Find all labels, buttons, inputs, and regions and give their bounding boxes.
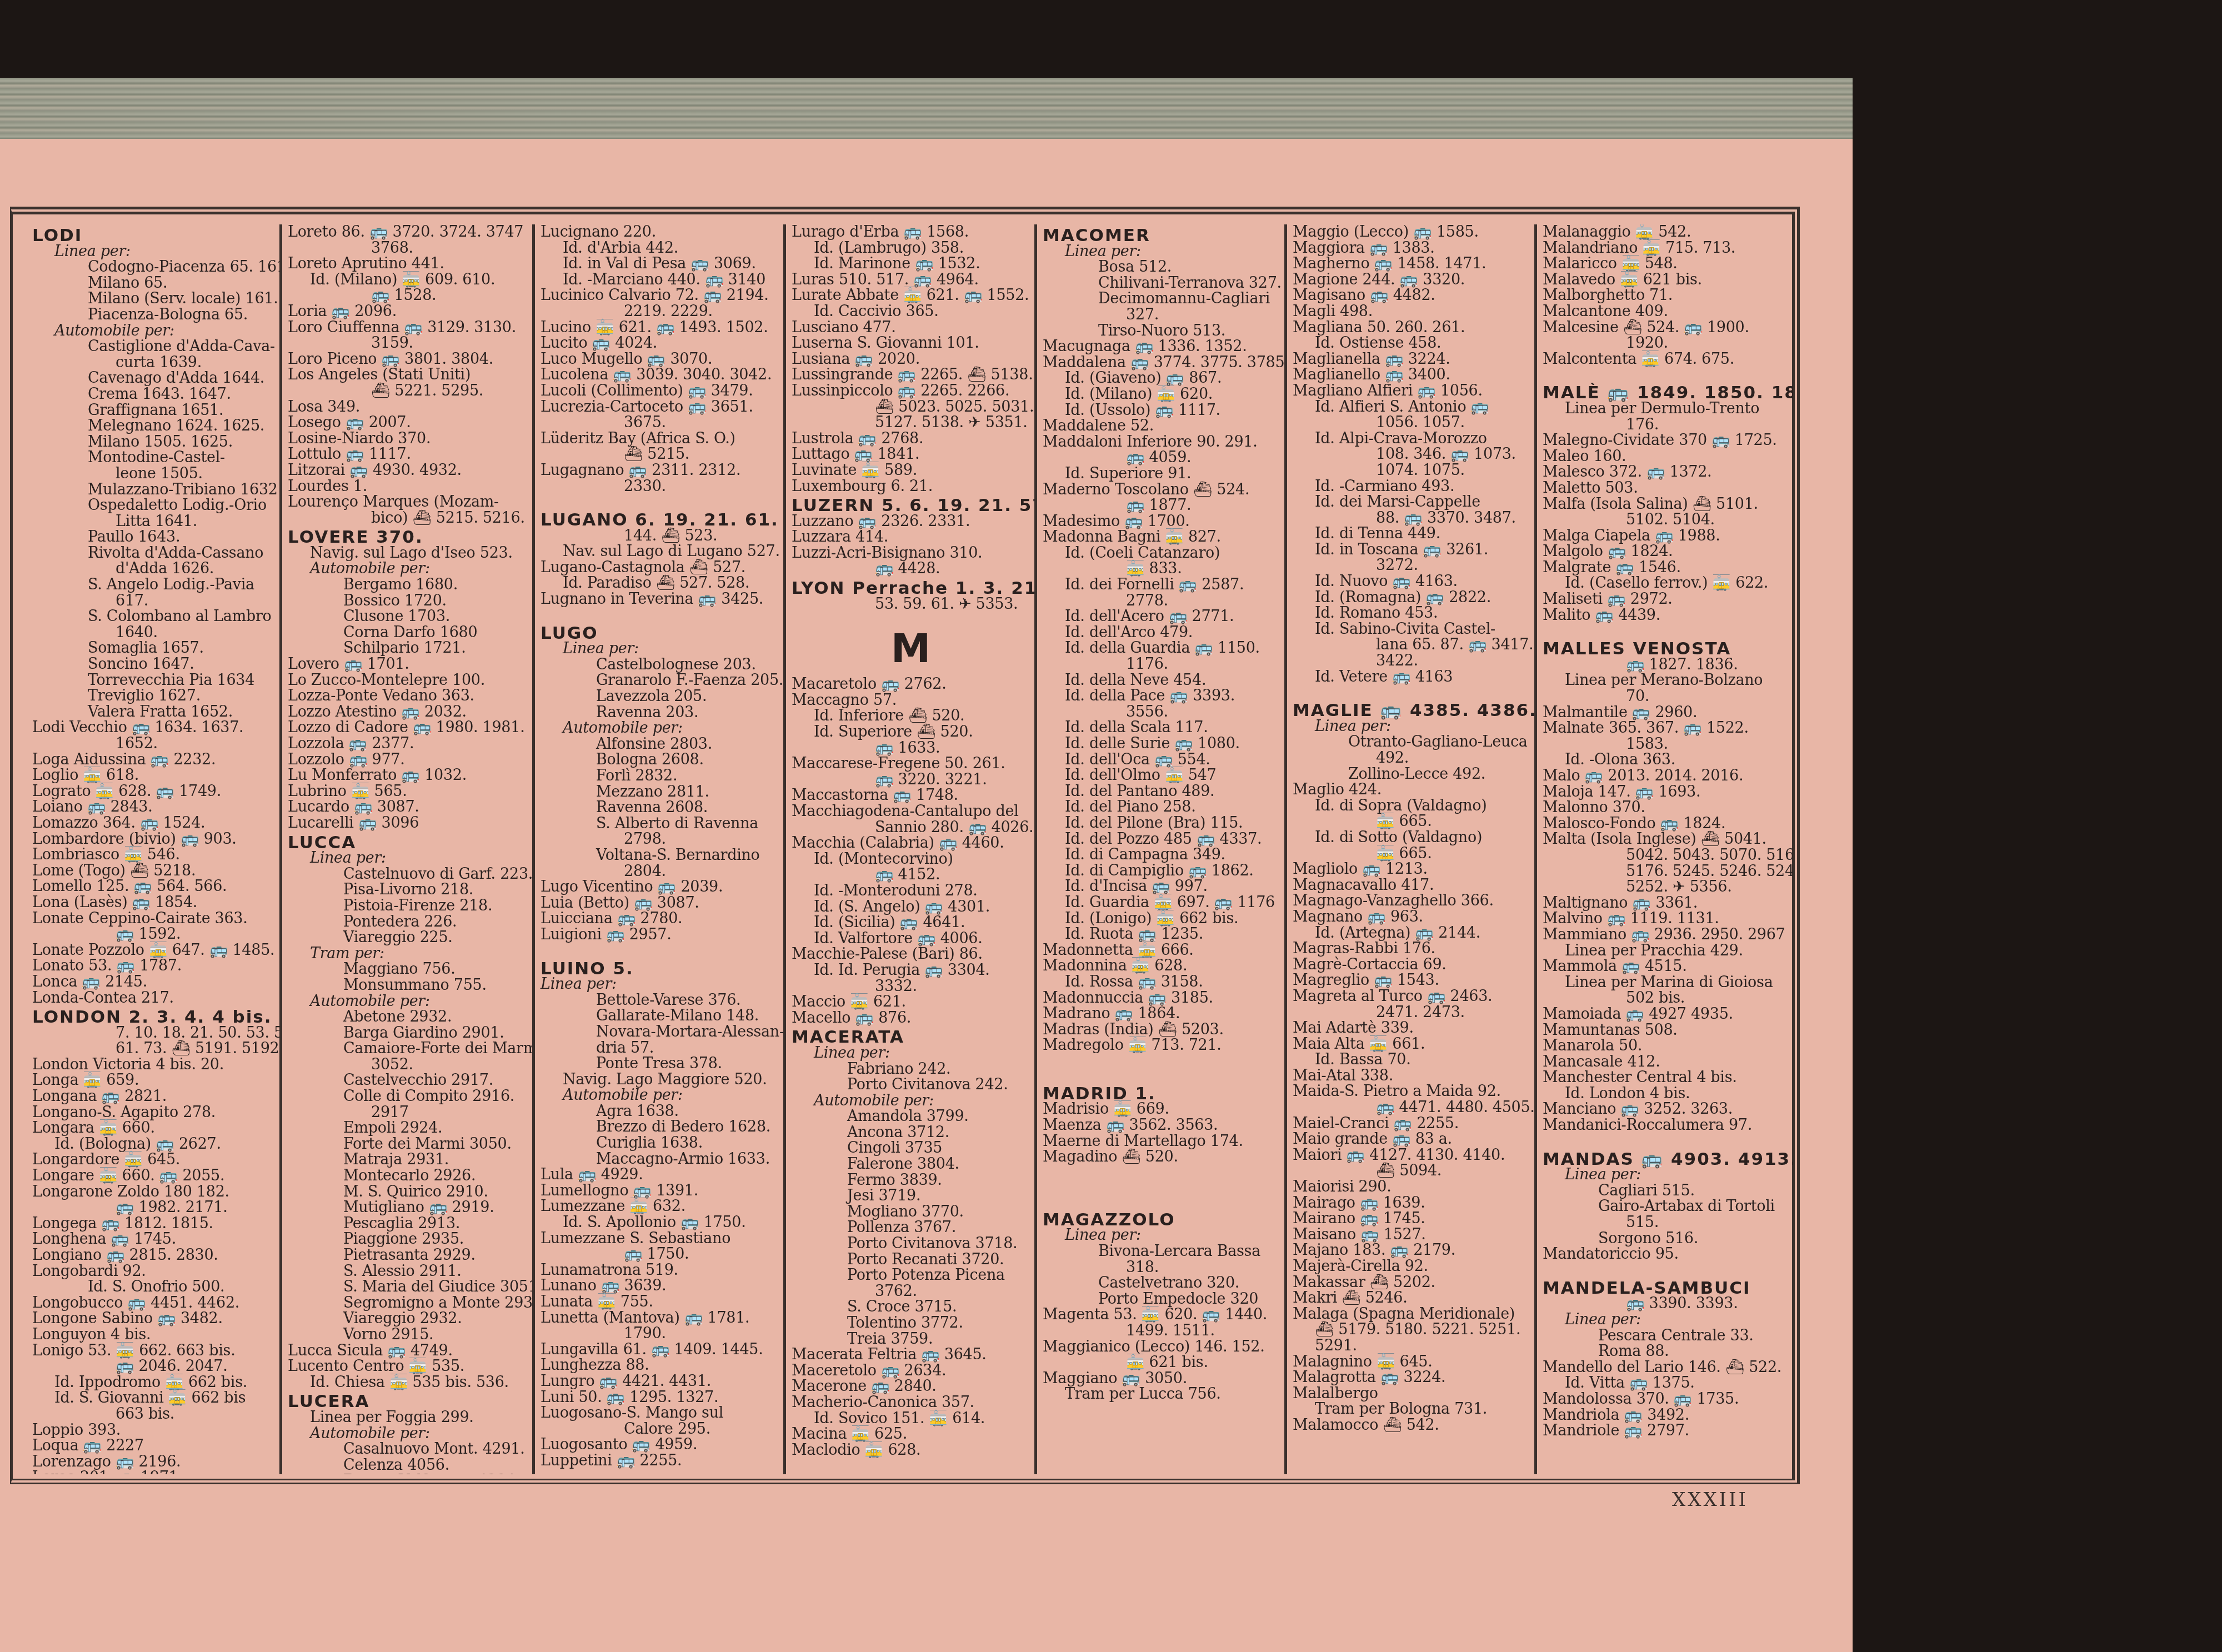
index-entry: Macerata Feltria 🚌 3645. bbox=[792, 1347, 1030, 1363]
spacer bbox=[1293, 685, 1530, 699]
index-subentry: S. Angelo Lodig.-Pavia bbox=[32, 577, 275, 593]
index-entry: Majano 183. 🚌 2179. bbox=[1293, 1243, 1530, 1259]
index-subentry: Id. di Tenna 449. bbox=[1293, 526, 1530, 542]
index-subentry: Porto Civitanova 3718. bbox=[792, 1236, 1030, 1252]
index-subentry: Id. London 4 bis. bbox=[1543, 1086, 1789, 1102]
index-subentry: Navig. sul Lago d'Iseo 523. bbox=[288, 545, 528, 562]
index-entry: Manciano 🚌 3252. 3263. bbox=[1543, 1102, 1789, 1118]
index-entry: Lozza-Ponte Vedano 363. bbox=[288, 688, 528, 704]
index-entry: Maddaloni Inferiore 90. 291. bbox=[1043, 434, 1280, 450]
index-entry: Mairano 🚌 1745. bbox=[1293, 1211, 1530, 1227]
station-heading: LUCCA bbox=[288, 835, 528, 851]
index-entry: Malavedo 🚋 621 bis. bbox=[1543, 272, 1789, 288]
index-subentry: 1790. bbox=[541, 1326, 779, 1342]
index-subentry: 🚋 665. bbox=[1293, 814, 1530, 830]
index-subentry: Id. (Milano) 🚋 609. 610. bbox=[288, 272, 528, 288]
index-entry: Lumezzane 🚋 632. bbox=[541, 1199, 779, 1215]
index-subentry: Linea per: bbox=[288, 850, 528, 867]
spacer bbox=[541, 943, 779, 958]
index-subentry: Otranto-Gagliano-Leuca bbox=[1293, 734, 1530, 750]
index-entry: Magreta al Turco 🚌 2463. bbox=[1293, 989, 1530, 1005]
index-entry: Lula 🚌 4929. bbox=[541, 1167, 779, 1183]
index-entry: Maliseti 🚌 2972. bbox=[1543, 592, 1789, 608]
index-subentry: Bergamo 1680. bbox=[288, 577, 528, 593]
spacer bbox=[1543, 1134, 1789, 1148]
index-subentry: Litta 1641. bbox=[32, 514, 275, 530]
index-entry: Loro Ciuffenna 🚌 3129. 3130. bbox=[288, 320, 528, 336]
index-subentry: Id. Rossa 🚌 3158. bbox=[1043, 974, 1280, 990]
index-entry: Lurate Abbate 🚋 621. 🚌 1552. bbox=[792, 288, 1030, 304]
index-subentry: 5176. 5245. 5246. 5247. bbox=[1543, 864, 1789, 880]
index-entry: Lonca 🚌 2145. bbox=[32, 974, 275, 990]
station-heading: LUGO bbox=[541, 625, 779, 642]
index-entry: Magnano 🚌 963. bbox=[1293, 909, 1530, 925]
index-subentry: 5291. bbox=[1293, 1338, 1530, 1354]
index-subentry: 5042. 5043. 5070. 5161. bbox=[1543, 848, 1789, 864]
index-subentry: Segromigno a Monte 2933. bbox=[288, 1295, 528, 1311]
index-subentry: Castelnuovo di Garf. 223. bbox=[288, 867, 528, 883]
index-entry: Mammola 🚌 4515. bbox=[1543, 959, 1789, 975]
index-subentry: 5127. 5138. ✈ 5351. bbox=[792, 415, 1030, 431]
index-subentry: Id. (Montecorvino) bbox=[792, 852, 1030, 868]
index-entry: Magnago-Vanzaghello 366. bbox=[1293, 893, 1530, 909]
index-subentry: Id. -Olona 363. bbox=[1543, 752, 1789, 768]
index-entry: Losego 🚌 2007. bbox=[288, 415, 528, 431]
index-entry: Lugano-Castagnola ⛴ 527. bbox=[541, 560, 779, 576]
index-subentry: Id. -Marciano 440. 🚌 3140 bbox=[541, 272, 779, 288]
index-entry: Macaretolo 🚌 2762. bbox=[792, 677, 1030, 693]
index-subentry: Bologna 2608. bbox=[541, 752, 779, 768]
index-subentry: Porto Recanati 3720. bbox=[792, 1252, 1030, 1268]
index-subentry: ⛴ 5221. 5295. bbox=[288, 383, 528, 399]
index-entry: Mandolossa 370. 🚌 1735. bbox=[1543, 1391, 1789, 1408]
station-heading: MADRID 1. bbox=[1043, 1086, 1280, 1102]
index-subentry: Id. del Piano 258. bbox=[1043, 799, 1280, 815]
index-subentry: Mezzano 2811. bbox=[541, 784, 779, 800]
index-subentry: Falerone 3804. bbox=[792, 1157, 1030, 1173]
index-subentry: Id. del Pantano 489. bbox=[1043, 784, 1280, 800]
index-subentry: S. Croce 3715. bbox=[792, 1299, 1030, 1315]
index-entry: Lucino 🚋 621. 🚌 1493. 1502. bbox=[541, 320, 779, 336]
index-subentry: Id. di Campagna 349. bbox=[1043, 847, 1280, 863]
station-heading: MAGLIE 🚌 4385. 4386. bbox=[1293, 703, 1530, 719]
index-entry: Madrisio 🚋 669. bbox=[1043, 1102, 1280, 1118]
index-entry: Lozzola 🚌 2377. bbox=[288, 736, 528, 752]
index-subentry: Fermo 3839. bbox=[792, 1173, 1030, 1189]
index-subentry: 1583. bbox=[1543, 737, 1789, 753]
index-subentry: 318. bbox=[1043, 1260, 1280, 1276]
station-heading: MANDAS 🚌 4903. 4913. bbox=[1543, 1152, 1789, 1168]
index-subentry: Forte dei Marmi 3050. bbox=[288, 1137, 528, 1153]
index-entry: Lomello 125. 🚌 564. 566. bbox=[32, 879, 275, 895]
index-subentry: Automobile per: bbox=[792, 1093, 1030, 1109]
spacer bbox=[1543, 367, 1789, 382]
index-subentry: Id. Inferiore ⛴ 520. bbox=[792, 708, 1030, 724]
index-entry: Maerne di Martellago 174. bbox=[1043, 1134, 1280, 1150]
index-subentry: Gairo-Artabax di Tortoli bbox=[1543, 1199, 1789, 1215]
index-subentry: S. Alessio 2911. bbox=[288, 1264, 528, 1280]
index-subentry: Id. dell'Arco 479. bbox=[1043, 625, 1280, 641]
index-entry: Longega 🚌 1812. 1815. bbox=[32, 1216, 275, 1232]
index-entry: Lucardo 🚌 3087. bbox=[288, 799, 528, 815]
index-entry: Loiano 🚌 2843. bbox=[32, 799, 275, 815]
index-subentry: Curiglia 1638. bbox=[541, 1135, 779, 1152]
index-entry: Lozzo Atestino 🚌 2032. bbox=[288, 704, 528, 720]
index-subentry: Id. Alfieri S. Antonio 🚌 bbox=[1293, 399, 1530, 415]
index-entry: Macchie-Palese (Bari) 86. bbox=[792, 947, 1030, 963]
index-subentry: Colle di Compito 2916. bbox=[288, 1089, 528, 1105]
index-subentry: Pistoia-Firenze 218. bbox=[288, 898, 528, 914]
index-entry: Magli 498. bbox=[1293, 304, 1530, 320]
spacer bbox=[1043, 1054, 1280, 1068]
index-column-1: LODILinea per:Codogno-Piacenza 65. 161Mi… bbox=[27, 224, 282, 1474]
index-subentry: Valera Fratta 1652. bbox=[32, 704, 275, 720]
index-entry: Madregolo 🚋 713. 721. bbox=[1043, 1038, 1280, 1054]
index-entry: Longara 🚋 660. bbox=[32, 1120, 275, 1137]
index-subentry: 🚌 1633. bbox=[792, 740, 1030, 757]
index-subentry: Porto Civitanova 242. bbox=[792, 1077, 1030, 1093]
index-entry: Madonnina 🚋 628. bbox=[1043, 958, 1280, 974]
index-subentry: Id. Romano 453. bbox=[1293, 605, 1530, 622]
index-subentry: Id. (Sicilia) 🚌 4641. bbox=[792, 915, 1030, 931]
index-entry: Mai Adartè 339. bbox=[1293, 1020, 1530, 1037]
index-entry: Madonnetta 🚋 666. bbox=[1043, 943, 1280, 959]
index-entry: Magras-Rabbi 176. bbox=[1293, 941, 1530, 957]
index-entry: Malito 🚌 4439. bbox=[1543, 608, 1789, 624]
index-subentry: Id. Chiesa 🚋 535 bis. 536. bbox=[288, 1375, 528, 1391]
index-entry: Loppio 393. bbox=[32, 1423, 275, 1439]
index-entry: Maletto 503. bbox=[1543, 480, 1789, 497]
index-subentry: 3675. bbox=[541, 415, 779, 431]
index-subentry: Id. Superiore ⛴ 520. bbox=[792, 724, 1030, 740]
index-entry: Longarone Zoldo 180 182. bbox=[32, 1184, 275, 1200]
index-subentry: Sorgono 516. bbox=[1543, 1231, 1789, 1247]
index-entry: Lugagnano 🚌 2311. 2312. bbox=[541, 463, 779, 479]
index-entry: Londa-Contea 217. bbox=[32, 990, 275, 1007]
index-entry: Litzorai 🚌 4930. 4932. bbox=[288, 463, 528, 479]
index-entry: Lustrola 🚌 2768. bbox=[792, 431, 1030, 447]
index-subentry: Corna Darfo 1680 bbox=[288, 625, 528, 641]
index-subentry: 🚋 833. bbox=[1043, 561, 1280, 577]
index-entry: Maddalena 🚌 3774. 3775. 3785. bbox=[1043, 355, 1280, 371]
index-entry: Maleo 160. bbox=[1543, 449, 1789, 465]
index-subentry: Pescara Centrale 33. bbox=[1543, 1328, 1789, 1344]
index-entry: Maggianico (Lecco) 146. 152. bbox=[1043, 1339, 1280, 1355]
index-subentry: 🚌 4152. bbox=[792, 867, 1030, 883]
index-subentry: 2804. bbox=[541, 864, 779, 880]
index-subentry: Agra 1638. bbox=[541, 1104, 779, 1120]
index-subentry: Granarolo F.-Faenza 205. bbox=[541, 673, 779, 689]
index-entry: Longobardi 92. bbox=[32, 1264, 275, 1280]
index-subentry: Abetone 2932. bbox=[288, 1009, 528, 1025]
index-entry: Maisano 🚌 1527. bbox=[1293, 1227, 1530, 1243]
index-subentry: Castelvecchio 2917. bbox=[288, 1073, 528, 1089]
index-subentry: Id. (Milano) 🚋 620. bbox=[1043, 387, 1280, 403]
index-subentry: Casalnuovo Mont. 4291. bbox=[288, 1441, 528, 1458]
index-subentry: 1652. bbox=[32, 736, 275, 752]
index-entry: Longhena 🚌 1745. bbox=[32, 1232, 275, 1248]
index-subentry: Castelvetrano 320. bbox=[1043, 1275, 1280, 1291]
index-entry: Luzzi-Acri-Bisignano 310. bbox=[792, 545, 1030, 562]
index-subentry: Linea per: bbox=[792, 1045, 1030, 1062]
index-subentry: Soncino 1647. bbox=[32, 657, 275, 673]
index-entry: Maio grande 🚌 83 a. bbox=[1293, 1132, 1530, 1148]
index-entry: Lucito 🚌 4024. bbox=[541, 336, 779, 352]
index-subentry: Id. in Val di Pesa 🚌 3069. bbox=[541, 256, 779, 272]
index-column-3: Lucignano 220.Id. d'Arbia 442.Id. in Val… bbox=[535, 224, 786, 1474]
spacer bbox=[1043, 1068, 1280, 1083]
index-subentry: Ponte Tresa 378. bbox=[541, 1056, 779, 1072]
index-subentry: Id. Ostiense 458. bbox=[1293, 336, 1530, 352]
index-subentry: Torrevecchia Pia 1634 bbox=[32, 673, 275, 689]
index-entry: Lucignano 220. bbox=[541, 224, 779, 241]
index-subentry: Id. dell'Olmo 🚋 547 bbox=[1043, 768, 1280, 784]
background-shadow bbox=[1853, 78, 2222, 1652]
index-entry: Magreglio 🚌 1543. bbox=[1293, 973, 1530, 989]
index-entry: Mancasale 412. bbox=[1543, 1054, 1789, 1070]
index-entry: Malaricco 🚋 548. bbox=[1543, 256, 1789, 272]
index-subentry: Ravenna 2608. bbox=[541, 800, 779, 816]
index-entry: Lonate Ceppino-Cairate 363. bbox=[32, 911, 275, 927]
station-heading: LUINO 5. bbox=[541, 961, 779, 977]
index-entry: Malesco 372. 🚌 1372. bbox=[1543, 464, 1789, 480]
index-entry: Loreo 201. 🚌 1971. bbox=[32, 1470, 275, 1474]
index-entry: Malanaggio 🚋 542. bbox=[1543, 224, 1789, 241]
index-entry: Longone Sabino 🚌 3482. bbox=[32, 1311, 275, 1327]
station-heading: LONDON 2. 3. 4. 4 bis. 5. 6. bbox=[32, 1009, 275, 1025]
index-entry: Madonnuccia 🚌 3185. bbox=[1043, 990, 1280, 1007]
index-subentry: Id. Caccivio 365. bbox=[792, 304, 1030, 320]
station-heading: MACOMER bbox=[1043, 228, 1280, 244]
index-entry: Lussingrande 🚌 2265. ⛴ 5138. bbox=[792, 367, 1030, 383]
index-entry: Longiano 🚌 2815. 2830. bbox=[32, 1248, 275, 1264]
index-entry: Longobucco 🚌 4451. 4462. bbox=[32, 1295, 275, 1311]
index-subentry: 1640. bbox=[32, 625, 275, 641]
index-entry: Maiorisi 290. bbox=[1293, 1179, 1530, 1195]
index-subentry: Automobile per: bbox=[288, 994, 528, 1010]
index-entry: Mamoiada 🚌 4927 4935. bbox=[1543, 1007, 1789, 1023]
index-entry: Magenta 53. 🚋 620. 🚌 1440. bbox=[1043, 1307, 1280, 1323]
index-entry: Lucento Centro 🚋 535. bbox=[288, 1359, 528, 1375]
index-subentry: S. Maria del Giudice 3051. bbox=[288, 1279, 528, 1295]
index-entry: Luogosano-S. Mango sul bbox=[541, 1405, 779, 1421]
index-entry: Malalbergo bbox=[1293, 1386, 1530, 1402]
index-subentry: 61. 73. ⛴ 5191. 5192. bbox=[32, 1041, 275, 1057]
index-entry: Loqua 🚌 2227 bbox=[32, 1438, 275, 1454]
index-entry: Maida-S. Pietro a Maida 92. bbox=[1293, 1084, 1530, 1100]
index-entry: Magliana 50. 260. 261. bbox=[1293, 320, 1530, 336]
index-subentry: 🚌 3220. 3221. bbox=[792, 772, 1030, 788]
index-subentry: 🚌 4059. bbox=[1043, 450, 1280, 466]
index-subentry: Alfonsine 2803. bbox=[541, 737, 779, 753]
index-subentry: 1920. bbox=[1543, 336, 1789, 352]
index-subentry: Porto Empedocle 320 bbox=[1043, 1291, 1280, 1308]
index-subentry: Id. dell'Acero 🚌 2771. bbox=[1043, 609, 1280, 625]
index-subentry: Id. del Pilone (Bra) 115. bbox=[1043, 815, 1280, 832]
index-entry: Lu Monferrato 🚌 1032. bbox=[288, 768, 528, 784]
index-subentry: 2471. 2473. bbox=[1293, 1005, 1530, 1021]
index-subentry: Brezzo di Bedero 1628. bbox=[541, 1119, 779, 1135]
index-entry: Lunghezza 88. bbox=[541, 1358, 779, 1374]
index-subentry: 53. 59. 61. ✈ 5353. bbox=[792, 597, 1030, 613]
index-subentry: Bivona-Lercara Bassa bbox=[1043, 1244, 1280, 1260]
index-subentry: Clusone 1703. bbox=[288, 609, 528, 625]
index-subentry: 617. bbox=[32, 593, 275, 609]
index-subentry: 🚌 4428. bbox=[792, 561, 1030, 577]
index-subentry: Id. della Scala 117. bbox=[1043, 720, 1280, 736]
index-subentry: Empoli 2924. bbox=[288, 1120, 528, 1137]
index-subentry: Id. Nuovo 🚌 4163. bbox=[1293, 574, 1530, 590]
index-subentry: Cavenago d'Adda 1644. bbox=[32, 371, 275, 387]
station-heading: LUGANO 6. 19. 21. 61. bbox=[541, 512, 779, 528]
index-subentry: Montecarlo 2926. bbox=[288, 1168, 528, 1184]
station-heading: LODI bbox=[32, 228, 275, 244]
index-subentry: 🚌 1528. bbox=[288, 288, 528, 304]
index-entry: Luxembourg 6. 21. bbox=[792, 479, 1030, 495]
index-entry: Magliolo 🚌 1213. bbox=[1293, 862, 1530, 878]
index-entry: Loglio 🚋 618. bbox=[32, 768, 275, 784]
index-subentry: Id. di Campiglio 🚌 1862. bbox=[1043, 863, 1280, 879]
station-heading: MALÈ 🚌 1849. 1850. 1865. bbox=[1543, 385, 1789, 401]
index-entry: Lottulo 🚌 1117. bbox=[288, 447, 528, 463]
index-entry: Longa 🚋 659. bbox=[32, 1073, 275, 1089]
index-subentry: 70. bbox=[1543, 689, 1789, 705]
index-subentry: Id. della Neve 454. bbox=[1043, 673, 1280, 689]
index-entry: Maenza 🚌 3562. 3563. bbox=[1043, 1118, 1280, 1134]
index-entry: Lunetta (Mantova) 🚌 1781. bbox=[541, 1310, 779, 1326]
index-entry: Lodi Vecchio 🚌 1634. 1637. bbox=[32, 720, 275, 736]
index-entry: Lucinico Calvario 72. 🚌 2194. bbox=[541, 288, 779, 304]
index-entry: Lucca Sicula 🚌 4749. bbox=[288, 1343, 528, 1359]
index-subentry: Linea per: bbox=[541, 641, 779, 657]
index-subentry: Mogliano 3770. bbox=[792, 1204, 1030, 1220]
index-entry: Luzzara 414. bbox=[792, 529, 1030, 545]
index-subentry: 88. 🚌 3370. 3487. bbox=[1293, 510, 1530, 527]
spacer bbox=[1043, 1194, 1280, 1209]
index-subentry: Id. Valfortore 🚌 4006. bbox=[792, 931, 1030, 947]
index-subentry: Fabriano 242. bbox=[792, 1062, 1030, 1078]
index-subentry: Linea per: bbox=[1543, 1312, 1789, 1328]
index-entry: Lungro 🚌 4421. 4431. bbox=[541, 1374, 779, 1390]
index-subentry: Id. (Bologna) 🚌 2627. bbox=[32, 1137, 275, 1153]
index-subentry: Voltana-S. Bernardino bbox=[541, 848, 779, 864]
index-subentry: M. S. Quirico 2910. bbox=[288, 1184, 528, 1200]
spacer bbox=[1543, 623, 1789, 638]
index-subentry: ⛴ 5215. bbox=[541, 447, 779, 463]
index-entry: Losine-Niardo 370. bbox=[288, 431, 528, 447]
index-entry: Luigioni 🚌 2957. bbox=[541, 927, 779, 943]
index-subentry: Automobile per: bbox=[32, 323, 275, 339]
index-entry: Loreto 86. 🚌 3720. 3724. 3747 bbox=[288, 224, 528, 241]
index-subentry: Montodine-Castel- bbox=[32, 450, 275, 466]
index-subentry: Id. (S. Angelo) 🚌 4301. bbox=[792, 899, 1030, 915]
index-subentry: 2330. bbox=[541, 479, 779, 495]
index-subentry: Celenza 4056. bbox=[288, 1458, 528, 1474]
index-subentry: Id. S. Apollonio 🚌 1750. bbox=[541, 1215, 779, 1231]
index-subentry: Tolentino 3772. bbox=[792, 1315, 1030, 1331]
index-entry: Longuyon 4 bis. bbox=[32, 1327, 275, 1343]
index-subentry: S. Alberto di Ravenna bbox=[541, 816, 779, 832]
index-entry: Lonate Pozzolo 🚋 647. 🚌 1485. bbox=[32, 943, 275, 959]
index-subentry: Maggiano 756. bbox=[288, 962, 528, 978]
index-entry: Lusciano 477. bbox=[792, 320, 1030, 336]
station-heading: MALLES VENOSTA bbox=[1543, 641, 1789, 657]
index-subentry: Linea per: bbox=[1543, 1167, 1789, 1183]
index-entry: Macchiagodena-Cantalupo del bbox=[792, 804, 1030, 820]
index-subentry: Id. (Lonigo) 🚋 662 bis. bbox=[1043, 911, 1280, 927]
index-subentry: Pontedera 226. bbox=[288, 914, 528, 930]
index-subentry: Decimomannu-Cagliari bbox=[1043, 291, 1280, 307]
index-entry: Maggiano 🚌 3050. bbox=[1043, 1371, 1280, 1387]
index-entry: Maltignano 🚌 3361. bbox=[1543, 895, 1789, 912]
index-entry: Magliano Alfieri 🚌 1056. bbox=[1293, 383, 1530, 399]
index-subentry: Maccagno-Armio 1633. bbox=[541, 1152, 779, 1168]
index-subentry: 🚌 1750. bbox=[541, 1246, 779, 1263]
index-entry: Luppetini 🚌 2255. bbox=[541, 1453, 779, 1469]
index-entry: Maiori 🚌 4127. 4130. 4140. bbox=[1293, 1148, 1530, 1164]
index-subentry: 3159. bbox=[288, 336, 528, 352]
index-subentry: Id. (Giaveno) 🚌 867. bbox=[1043, 371, 1280, 387]
index-entry: Luco Mugello 🚌 3070. bbox=[541, 352, 779, 368]
index-subentry: 1056. 1057. bbox=[1293, 415, 1530, 431]
index-entry: Malonno 370. bbox=[1543, 800, 1789, 816]
index-subentry: Sannio 280. 🚌 4026. bbox=[792, 820, 1030, 836]
index-subentry: lana 65. 87. 🚌 3417. bbox=[1293, 637, 1530, 653]
index-subentry: Ravenna 203. bbox=[541, 705, 779, 721]
index-subentry: Id. dei Fornelli 🚌 2587. bbox=[1043, 577, 1280, 593]
index-entry: Lucolena 🚌 3039. 3040. 3042. bbox=[541, 367, 779, 383]
index-entry: Maglianella 🚌 3224. bbox=[1293, 352, 1530, 368]
index-subentry: curta 1639. bbox=[32, 355, 275, 371]
index-entry: Longare 🚋 660. 🚌 2055. bbox=[32, 1168, 275, 1184]
index-entry: Macherio-Canonica 357. bbox=[792, 1395, 1030, 1411]
index-subentry: Id. dell'Oca 🚌 554. bbox=[1043, 752, 1280, 768]
index-entry: Maloja 147. 🚌 1693. bbox=[1543, 784, 1789, 800]
index-entry: Malosco-Fondo 🚌 1824. bbox=[1543, 816, 1789, 832]
index-subentry: Linea per Marina di Gioiosa bbox=[1543, 975, 1789, 991]
index-subentry: Linea per Merano-Bolzano bbox=[1543, 673, 1789, 689]
index-entry: Losa 349. bbox=[288, 399, 528, 415]
index-entry: Majerà-Cirella 92. bbox=[1293, 1259, 1530, 1275]
index-entry: Manchester Central 4 bis. bbox=[1543, 1070, 1789, 1086]
index-subentry: 🚋 665. bbox=[1293, 846, 1530, 862]
index-entry: Lussinpiccolo 🚌 2265. 2266. bbox=[792, 383, 1030, 399]
index-column-7: Malanaggio 🚋 542.Malandriano 🚋 715. 713.… bbox=[1537, 224, 1793, 1474]
index-subentry: 🚌 1827. 1836. bbox=[1543, 657, 1789, 673]
index-entry: Mairago 🚌 1639. bbox=[1293, 1195, 1530, 1212]
index-entry: Maderno Toscolano ⛴ 524. bbox=[1043, 482, 1280, 498]
index-entry: Mandriole 🚌 2797. bbox=[1543, 1423, 1789, 1439]
index-entry: Luia (Betto) 🚌 3087. bbox=[541, 895, 779, 912]
index-subentry: Schilpario 1721. bbox=[288, 640, 528, 657]
station-heading: MACERATA bbox=[792, 1029, 1030, 1045]
index-entry: Los Angeles (Stati Uniti) bbox=[288, 367, 528, 383]
index-entry: Linea per: bbox=[541, 977, 779, 993]
index-subentry: Nav. sul Lago di Lugano 527. bbox=[541, 544, 779, 560]
index-subentry: Id. dei Marsi-Cappelle bbox=[1293, 494, 1530, 510]
index-subentry: Zollino-Lecce 492. bbox=[1293, 767, 1530, 783]
spacer bbox=[541, 494, 779, 509]
index-subentry: Id. (Ussolo) 🚌 1117. bbox=[1043, 403, 1280, 419]
index-entry: Maccastorna 🚌 1748. bbox=[792, 788, 1030, 804]
index-subentry: 3762. bbox=[792, 1284, 1030, 1300]
station-heading: LUCERA bbox=[288, 1394, 528, 1410]
index-subentry: Crema 1643. 1647. bbox=[32, 387, 275, 403]
index-entry: Malmantile 🚌 2960. bbox=[1543, 705, 1789, 721]
index-subentry: Id. Vetere 🚌 4163 bbox=[1293, 669, 1530, 685]
index-subentry: Id. Vitta 🚌 1375. bbox=[1543, 1375, 1789, 1391]
index-entry: Malegno-Cividate 370 🚌 1725. bbox=[1543, 433, 1789, 449]
